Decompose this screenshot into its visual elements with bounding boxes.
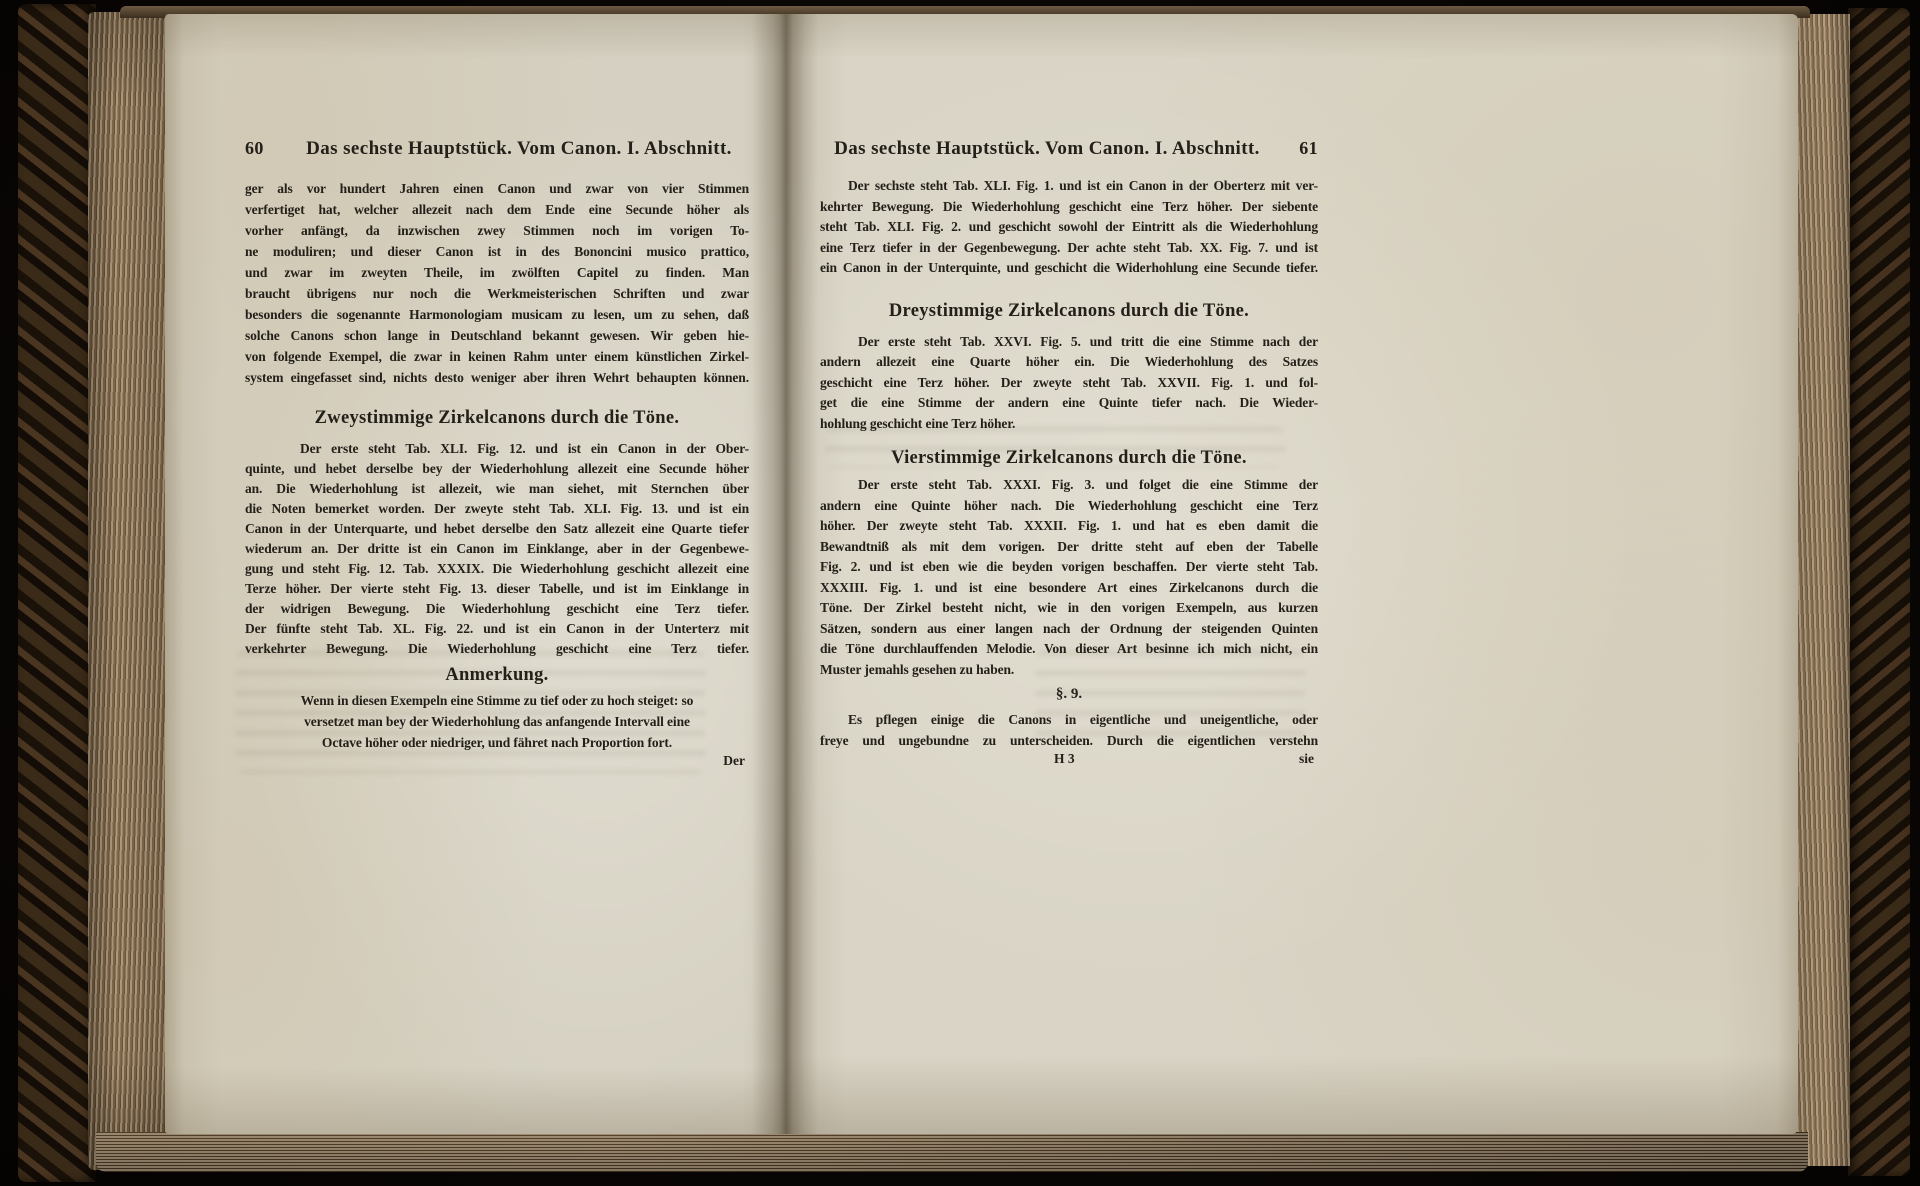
paragraph: Der erste steht Tab. XLI. Fig. 12. und i… bbox=[245, 439, 749, 659]
left-page-fore-edge bbox=[88, 12, 172, 1170]
text-line: Wenn in diesen Exempeln eine Stimme zu t… bbox=[245, 690, 749, 711]
left-running-head: 60 Das sechste Hauptstück. Vom Canon. I.… bbox=[245, 138, 749, 164]
text-line: versetzet man bey der Wiederhohlung das … bbox=[245, 711, 749, 732]
paragraph: ger als vor hundert Jahren einen Canon u… bbox=[245, 178, 749, 388]
text-line: system eingefasset sind, nichts desto we… bbox=[245, 367, 749, 388]
right-page-text-block: Das sechste Hauptstück. Vom Canon. I. Ab… bbox=[820, 138, 1318, 771]
text-line: die Töne durchlauffenden Melodie. Von di… bbox=[820, 639, 1318, 660]
text-line: braucht übrigens nur noch die Werkmeiste… bbox=[245, 283, 749, 304]
text-line: kehrter Bewegung. Die Wiederhohlung gesc… bbox=[820, 197, 1318, 218]
text-line: quinte, und hebet derselbe bey der Wiede… bbox=[245, 459, 749, 479]
text-line: andern allezeit eine Quarte höher ein. D… bbox=[820, 352, 1318, 373]
right-running-head: Das sechste Hauptstück. Vom Canon. I. Ab… bbox=[820, 138, 1318, 164]
text-line: hohlung geschicht eine Terz höher. bbox=[820, 414, 1318, 435]
paragraph: Der sechste steht Tab. XLI. Fig. 1. und … bbox=[820, 176, 1318, 279]
text-line: Töne. Der Zirkel besteht nicht, wie in d… bbox=[820, 598, 1318, 619]
text-line: Muster jemahls gesehen zu haben. bbox=[820, 660, 1318, 681]
right-page-number: 61 bbox=[1274, 138, 1318, 159]
section-heading: Dreystimmige Zirkelcanons durch die Töne… bbox=[820, 301, 1318, 322]
left-cover-board bbox=[18, 4, 96, 1182]
bottom-page-edges bbox=[96, 1132, 1808, 1172]
text-line: verfertiget hat, welcher allezeit nach d… bbox=[245, 199, 749, 220]
text-line: höher. Der zweyte steht Tab. XXXII. Fig.… bbox=[820, 516, 1318, 537]
left-page-text-block: 60 Das sechste Hauptstück. Vom Canon. I.… bbox=[245, 138, 749, 769]
text-line: die Noten bemerket worden. Der zweyte st… bbox=[245, 499, 749, 519]
text-line: Octave höher oder niedriger, und fähret … bbox=[245, 732, 749, 753]
book-photo: 60 Das sechste Hauptstück. Vom Canon. I.… bbox=[0, 0, 1920, 1186]
text-line: Fig. 2. und ist eben wie die beyden vori… bbox=[820, 557, 1318, 578]
text-line: Canon in der Unterquarte, und hebet ders… bbox=[245, 519, 749, 539]
paragraph: Wenn in diesen Exempeln eine Stimme zu t… bbox=[245, 690, 749, 753]
text-line: ein Canon in der Unterquinte, und geschi… bbox=[820, 258, 1318, 279]
text-line: Der fünfte steht Tab. XL. Fig. 22. und i… bbox=[245, 619, 749, 639]
right-page-fore-edge bbox=[1792, 14, 1850, 1166]
catchword: Der bbox=[245, 753, 749, 769]
section-heading: Vierstimmige Zirkelcanons durch die Töne… bbox=[820, 448, 1318, 469]
section-heading: Anmerkung. bbox=[245, 665, 749, 686]
text-line: Der erste steht Tab. XXVI. Fig. 5. und t… bbox=[820, 332, 1318, 353]
section-mark: §. 9. bbox=[820, 686, 1318, 703]
gutter-shadow bbox=[752, 14, 818, 1134]
text-line: Der erste steht Tab. XXXI. Fig. 3. und f… bbox=[820, 475, 1318, 496]
text-line: und zwar im zweyten Theile, im zwölften … bbox=[245, 262, 749, 283]
text-line: geschicht eine Terz höher. Der zweyte st… bbox=[820, 373, 1318, 394]
text-line: wiederum an. Der dritte ist ein Canon im… bbox=[245, 539, 749, 559]
text-line: vorher anfängt, da inzwischen zwey Stimm… bbox=[245, 220, 749, 241]
left-page-number: 60 bbox=[245, 138, 289, 159]
signature-mark: H 3 bbox=[1054, 751, 1075, 767]
catchword: sie bbox=[1299, 751, 1314, 767]
right-page: Das sechste Hauptstück. Vom Canon. I. Ab… bbox=[785, 14, 1798, 1134]
signature-row: H 3 sie bbox=[820, 751, 1318, 771]
text-line: Bewandtniß als mit dem vorigen. Der drit… bbox=[820, 537, 1318, 558]
paragraph: Der erste steht Tab. XXXI. Fig. 3. und f… bbox=[820, 475, 1318, 680]
text-line: Der sechste steht Tab. XLI. Fig. 1. und … bbox=[820, 176, 1318, 197]
text-line: andern eine Quinte höher nach. Die Wiede… bbox=[820, 496, 1318, 517]
text-line: steht Tab. XLI. Fig. 2. und geschicht so… bbox=[820, 217, 1318, 238]
text-line: Terze höher. Der vierte steht Fig. 13. d… bbox=[245, 579, 749, 599]
section-heading: Zweystimmige Zirkelcanons durch die Töne… bbox=[245, 408, 749, 429]
paragraph: Es pflegen einige die Canons in eigentli… bbox=[820, 709, 1318, 751]
text-line: solche Canons schon lange in Deutschland… bbox=[245, 325, 749, 346]
text-line: XXXIII. Fig. 1. und ist eine besondere A… bbox=[820, 578, 1318, 599]
right-cover-board bbox=[1848, 8, 1910, 1176]
text-line: ger als vor hundert Jahren einen Canon u… bbox=[245, 178, 749, 199]
text-line: verkehrter Bewegung. Die Wiederhohlung g… bbox=[245, 639, 749, 659]
text-line: besonders die sogenannte Harmonologiam m… bbox=[245, 304, 749, 325]
left-running-title: Das sechste Hauptstück. Vom Canon. I. Ab… bbox=[289, 138, 749, 160]
text-line: der widrigen Bewegung. Die Wiederhohlung… bbox=[245, 599, 749, 619]
text-line: ne moduliren; und dieser Canon ist in de… bbox=[245, 241, 749, 262]
text-line: get die eine Stimme der andern eine Quin… bbox=[820, 393, 1318, 414]
text-line: Es pflegen einige die Canons in eigentli… bbox=[820, 709, 1318, 730]
text-line: Der erste steht Tab. XLI. Fig. 12. und i… bbox=[245, 439, 749, 459]
text-line: freye und ungebundne zu unterscheiden. D… bbox=[820, 730, 1318, 751]
text-line: gung und steht Fig. 12. Tab. XXXIX. Die … bbox=[245, 559, 749, 579]
text-line: Sätzen, sondern aus einer langen nach de… bbox=[820, 619, 1318, 640]
left-page: 60 Das sechste Hauptstück. Vom Canon. I.… bbox=[165, 14, 785, 1134]
paragraph: Der erste steht Tab. XXVI. Fig. 5. und t… bbox=[820, 332, 1318, 435]
right-running-title: Das sechste Hauptstück. Vom Canon. I. Ab… bbox=[820, 138, 1274, 160]
text-line: an. Die Wiederhohlung ist allezeit, wie … bbox=[245, 479, 749, 499]
text-line: von folgende Exempel, die zwar in keinen… bbox=[245, 346, 749, 367]
text-line: eine Terz tiefer in der Gegenbewegung. D… bbox=[820, 238, 1318, 259]
